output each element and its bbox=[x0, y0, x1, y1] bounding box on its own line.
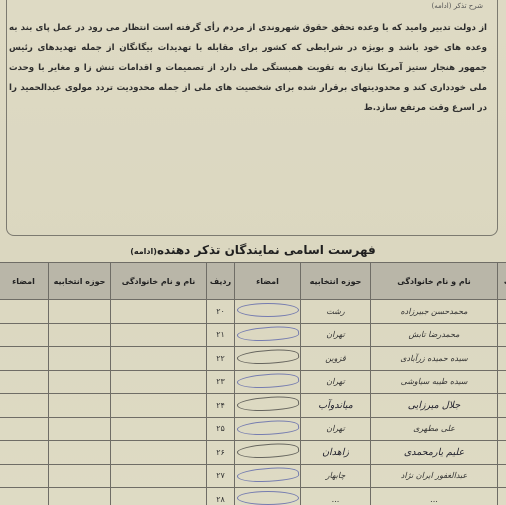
member-name bbox=[111, 370, 207, 394]
table-row: ۵ سیده طیبه سیاوشی تهران ۲۳ bbox=[0, 370, 506, 394]
member-constituency: میاندوآب bbox=[301, 394, 371, 418]
member-name bbox=[111, 347, 207, 371]
member-signature bbox=[0, 323, 49, 347]
table-row: ۴ سیده حمیده زرآبادی قزوین ۲۲ bbox=[0, 347, 506, 371]
signature-mark bbox=[237, 303, 299, 317]
member-name bbox=[111, 488, 207, 505]
header-signature-2: امضاء bbox=[0, 263, 49, 300]
header-name-2: نام و نام خانوادگی bbox=[111, 263, 207, 300]
member-constituency bbox=[49, 300, 111, 324]
member-name: علیم یارمحمدی bbox=[371, 441, 498, 465]
table-title-text: فهرست اسامی نمایندگان تذکر دهنده bbox=[157, 243, 376, 257]
row-number: ۲۱ bbox=[207, 323, 235, 347]
row-number: ۲۶ bbox=[207, 441, 235, 465]
member-constituency bbox=[49, 464, 111, 488]
member-constituency bbox=[49, 370, 111, 394]
member-constituency: تهران bbox=[301, 370, 371, 394]
row-number: ۹ bbox=[498, 464, 506, 488]
member-constituency bbox=[49, 347, 111, 371]
signature-mark bbox=[236, 324, 299, 344]
signature-mark bbox=[236, 441, 299, 461]
member-signature bbox=[235, 323, 301, 347]
table-row: ۷ علی مطهری تهران ۲۵ bbox=[0, 417, 506, 441]
row-number: ۷ bbox=[498, 417, 506, 441]
table-row: ۱۰ ... ... ۲۸ bbox=[0, 488, 506, 505]
member-constituency: تهران bbox=[301, 323, 371, 347]
member-constituency bbox=[49, 441, 111, 465]
document-page: شرح تذکر (ادامه) از دولت تدبیر وامید که … bbox=[0, 0, 506, 505]
member-name: علی مطهری bbox=[371, 417, 498, 441]
signature-mark bbox=[236, 371, 299, 391]
description-box: شرح تذکر (ادامه) از دولت تدبیر وامید که … bbox=[6, 0, 498, 236]
member-name: محمدحسن جبیرزاده bbox=[371, 300, 498, 324]
member-signature bbox=[235, 300, 301, 324]
member-name bbox=[111, 394, 207, 418]
member-constituency bbox=[49, 417, 111, 441]
member-signature bbox=[0, 464, 49, 488]
member-name: جلال میرزایی bbox=[371, 394, 498, 418]
member-constituency: زاهدان bbox=[301, 441, 371, 465]
member-name: عبدالغفور ایران نژاد bbox=[371, 464, 498, 488]
member-signature bbox=[0, 394, 49, 418]
row-number: ۲۳ bbox=[207, 370, 235, 394]
row-number: ۲۸ bbox=[207, 488, 235, 505]
header-row-number-2: ردیف bbox=[207, 263, 235, 300]
row-number: ۲۴ bbox=[207, 394, 235, 418]
row-number: ۵ bbox=[498, 370, 506, 394]
member-constituency bbox=[49, 323, 111, 347]
row-number: ۲۷ bbox=[207, 464, 235, 488]
member-constituency: چابهار bbox=[301, 464, 371, 488]
row-number: ۶ bbox=[498, 394, 506, 418]
member-constituency: قزوین bbox=[301, 347, 371, 371]
signature-mark bbox=[237, 491, 299, 505]
member-signature bbox=[0, 300, 49, 324]
member-constituency: ... bbox=[301, 488, 371, 505]
member-name bbox=[111, 417, 207, 441]
member-signature bbox=[0, 441, 49, 465]
table-row: ۲ محمدحسن جبیرزاده رشت ۲۰ bbox=[0, 300, 506, 324]
header-signature: امضاء bbox=[235, 263, 301, 300]
header-row-number: ردیف bbox=[498, 263, 506, 300]
table-row: ۹ عبدالغفور ایران نژاد چابهار ۲۷ bbox=[0, 464, 506, 488]
row-number: ۱۰ bbox=[498, 488, 506, 505]
row-number: ۲ bbox=[498, 300, 506, 324]
description-text: از دولت تدبیر وامید که با وعده تحقق حقوق… bbox=[9, 18, 487, 118]
member-name bbox=[111, 464, 207, 488]
signature-mark bbox=[236, 418, 299, 438]
header-constituency: حوزه انتخابیه bbox=[301, 263, 371, 300]
table-header-row: ردیف نام و نام خانوادگی حوزه انتخابیه ام… bbox=[0, 263, 506, 300]
member-constituency: تهران bbox=[301, 417, 371, 441]
member-name: سیده حمیده زرآبادی bbox=[371, 347, 498, 371]
table-row: ۸ علیم یارمحمدی زاهدان ۲۶ bbox=[0, 441, 506, 465]
member-name: محمدرضا تابش bbox=[371, 323, 498, 347]
signature-mark bbox=[236, 347, 299, 367]
header-name: نام و نام خانوادگی bbox=[371, 263, 498, 300]
member-signature bbox=[235, 347, 301, 371]
description-label: شرح تذکر (ادامه) bbox=[432, 2, 484, 10]
table-row: ۳ محمدرضا تابش تهران ۲۱ bbox=[0, 323, 506, 347]
member-signature bbox=[235, 370, 301, 394]
member-signature bbox=[0, 347, 49, 371]
header-constituency-2: حوزه انتخابیه bbox=[49, 263, 111, 300]
member-signature bbox=[0, 417, 49, 441]
member-name bbox=[111, 323, 207, 347]
row-number: ۴ bbox=[498, 347, 506, 371]
table-title-suffix: (ادامه) bbox=[130, 247, 157, 256]
row-number: ۲۰ bbox=[207, 300, 235, 324]
member-signature bbox=[235, 488, 301, 505]
row-number: ۲۵ bbox=[207, 417, 235, 441]
member-name bbox=[111, 441, 207, 465]
signature-mark bbox=[236, 394, 299, 414]
member-signature bbox=[235, 464, 301, 488]
table-title: فهرست اسامی نمایندگان تذکر دهنده(ادامه) bbox=[0, 243, 506, 257]
row-number: ۳ bbox=[498, 323, 506, 347]
member-signature bbox=[235, 394, 301, 418]
row-number: ۸ bbox=[498, 441, 506, 465]
member-name: ... bbox=[371, 488, 498, 505]
member-constituency bbox=[49, 488, 111, 505]
row-number: ۲۲ bbox=[207, 347, 235, 371]
signature-mark bbox=[236, 465, 299, 485]
member-constituency: رشت bbox=[301, 300, 371, 324]
member-name bbox=[111, 300, 207, 324]
member-signature bbox=[235, 441, 301, 465]
member-constituency bbox=[49, 394, 111, 418]
member-signature bbox=[0, 370, 49, 394]
member-signature bbox=[0, 488, 49, 505]
representatives-table: ردیف نام و نام خانوادگی حوزه انتخابیه ام… bbox=[0, 262, 506, 505]
table-row: ۶ جلال میرزایی میاندوآب ۲۴ bbox=[0, 394, 506, 418]
member-signature bbox=[235, 417, 301, 441]
member-name: سیده طیبه سیاوشی bbox=[371, 370, 498, 394]
